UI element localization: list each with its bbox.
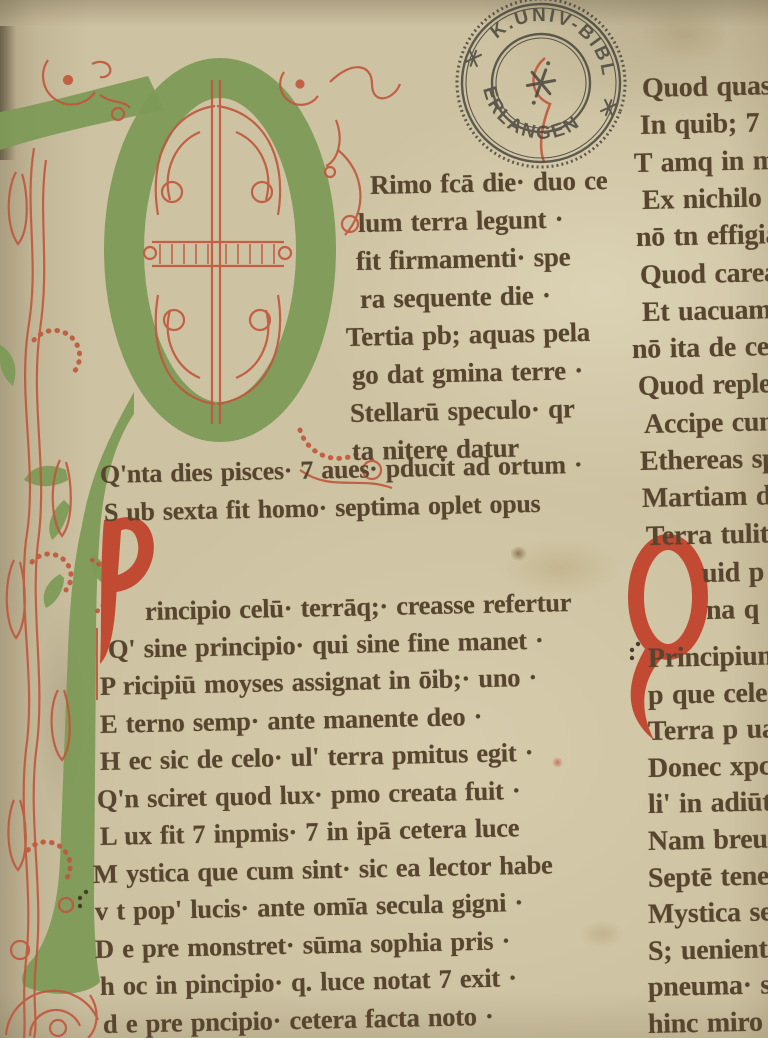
stamp-bottom-text: ERLANGEN bbox=[467, 78, 589, 159]
red-initial-q bbox=[631, 542, 700, 740]
marginal-marks bbox=[78, 642, 640, 908]
red-initial-p bbox=[100, 517, 154, 664]
column-initial-letter: Q bbox=[0, 0, 1, 1]
stamp-center-asterisk-icon bbox=[525, 66, 557, 101]
illumination-layer bbox=[0, 0, 768, 1038]
manuscript-page: K.UNIV-BIBL ERLANGEN Rimo fcā die· duo bbox=[0, 0, 768, 1038]
